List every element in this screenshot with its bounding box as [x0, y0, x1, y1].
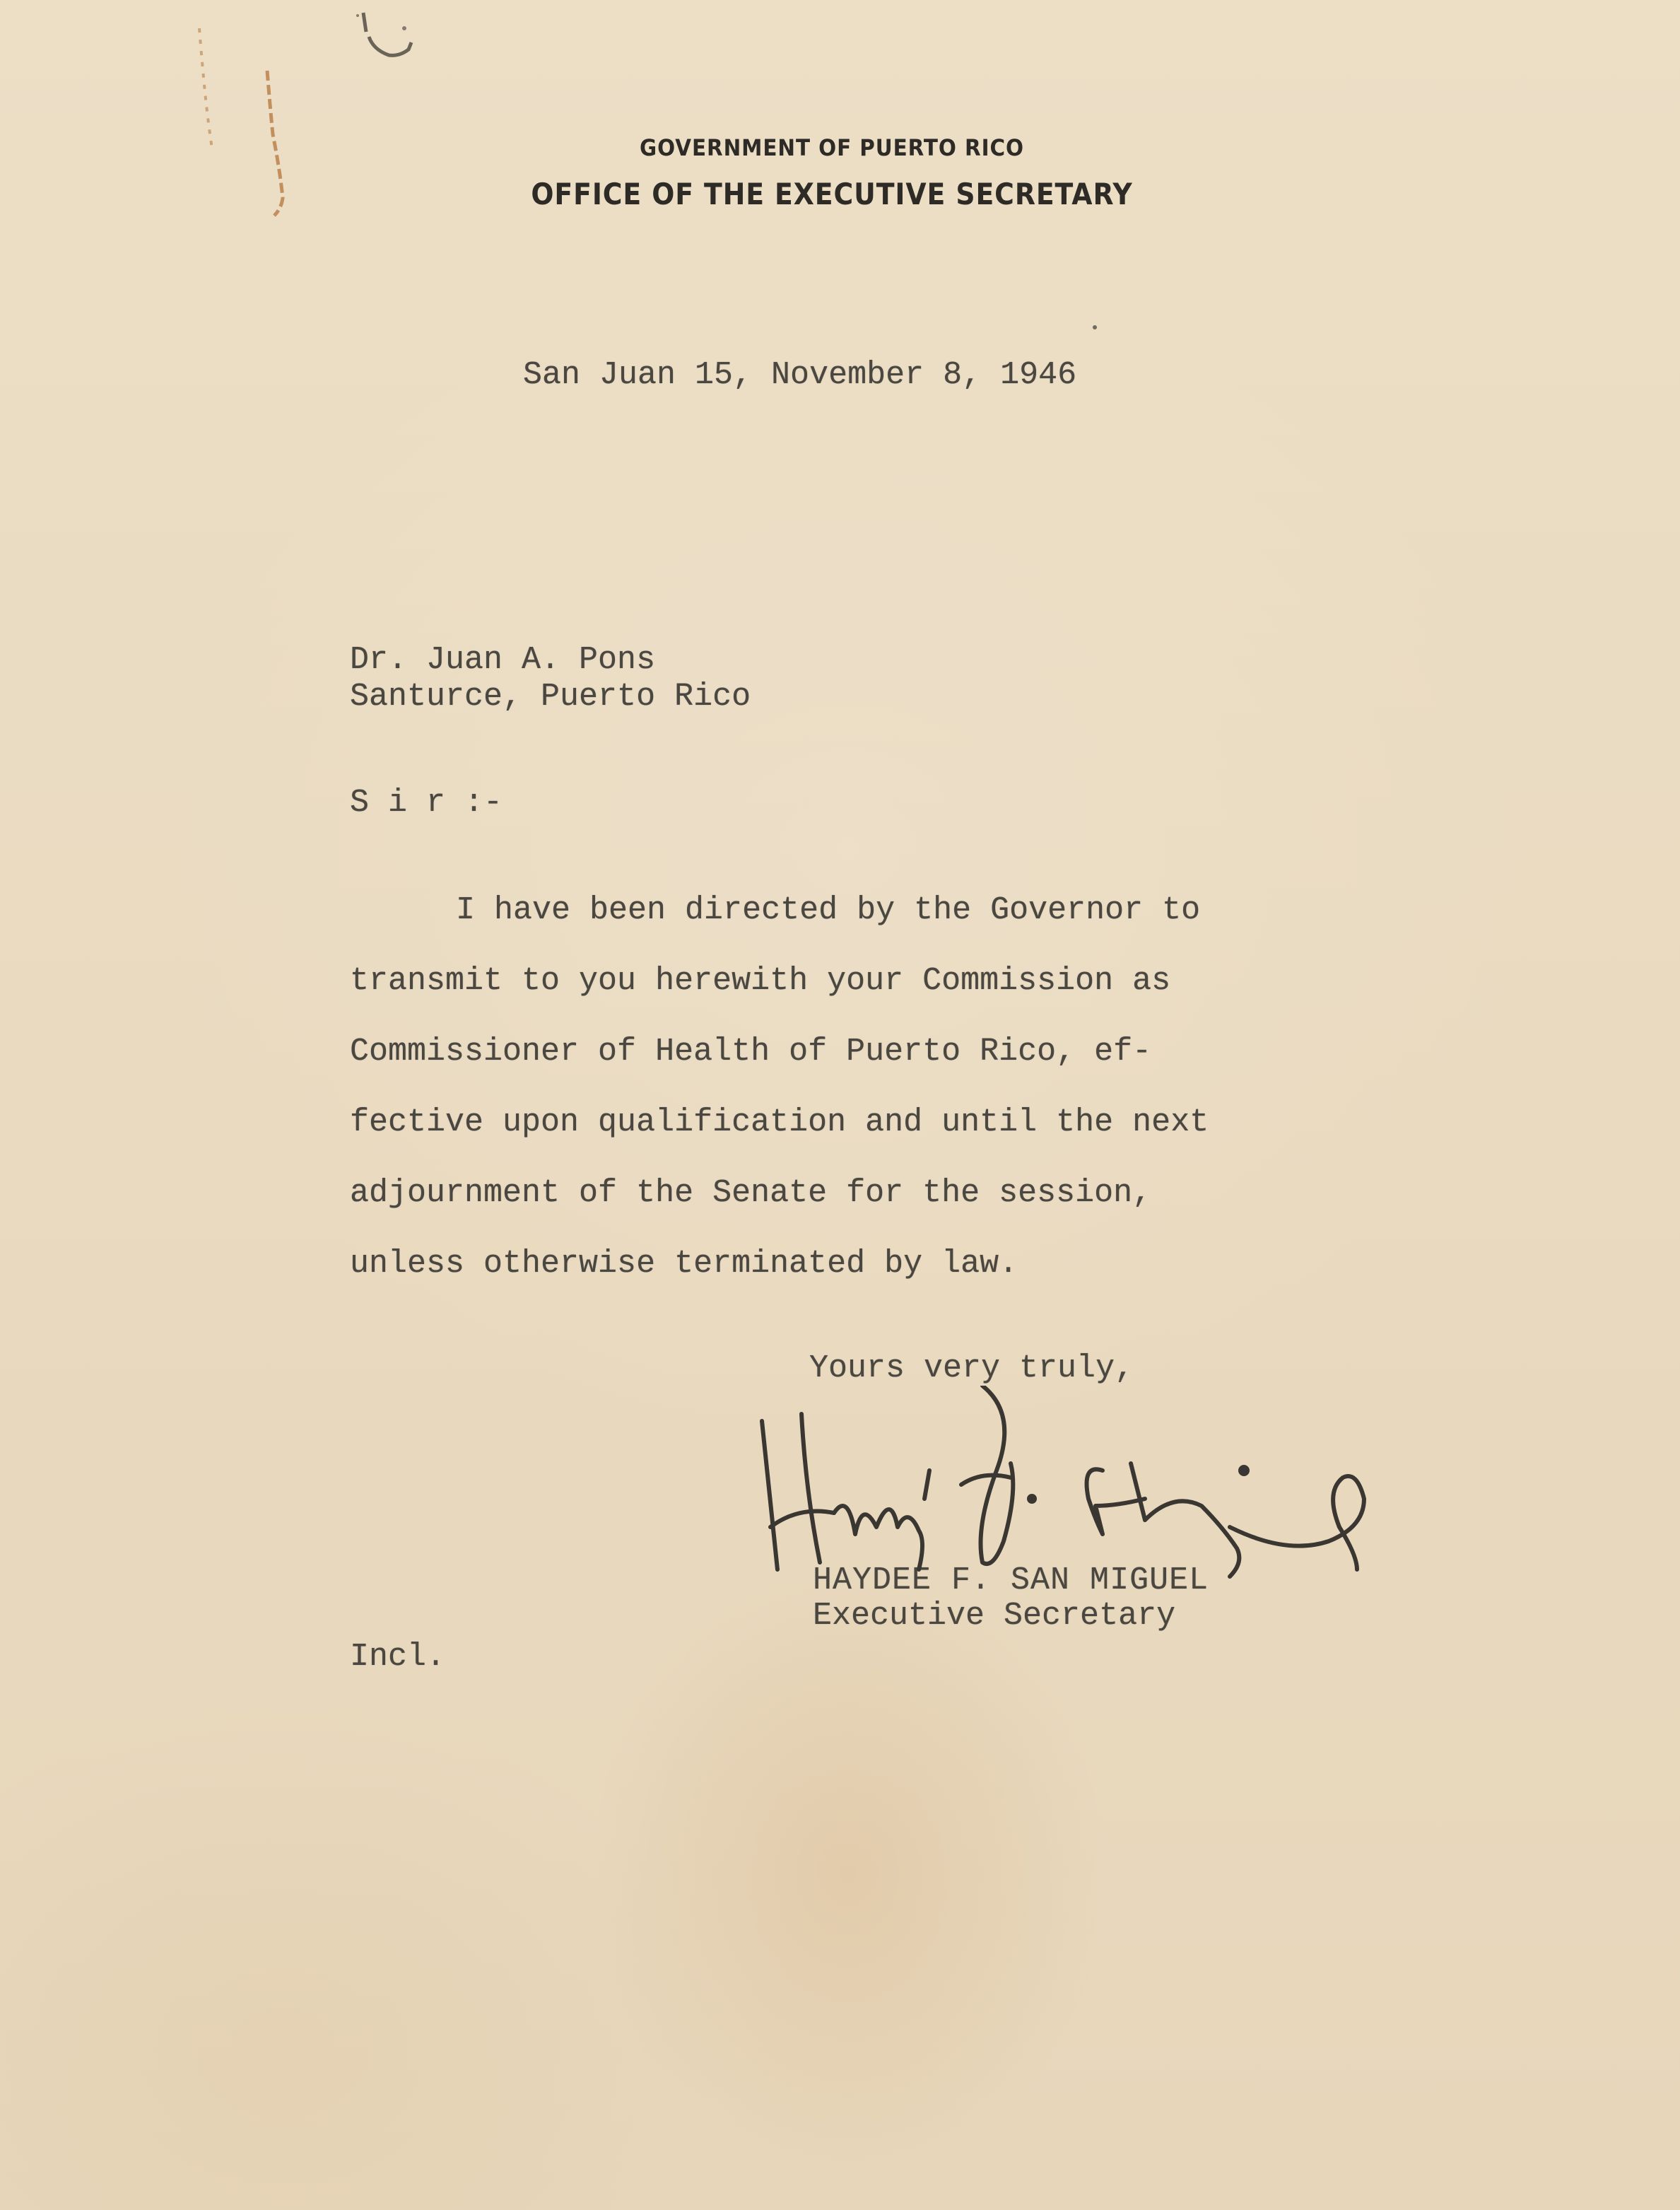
date-line: San Juan 15, November 8, 1946 — [523, 357, 1076, 393]
closing: Yours very truly, — [809, 1350, 1134, 1386]
body-line: Commissioner of Health of Puerto Rico, e… — [350, 1034, 1151, 1070]
letterhead-office: OFFICE OF THE EXECUTIVE SECRETARY — [83, 177, 1581, 211]
handwritten-signature — [749, 1386, 1399, 1598]
body-line: fective upon qualification and until the… — [350, 1104, 1209, 1140]
body-line: I have been directed by the Governor to — [456, 892, 1200, 928]
ink-dot — [1093, 325, 1097, 329]
salutation: S i r :- — [350, 785, 503, 821]
recipient-location: Santurce, Puerto Rico — [350, 679, 751, 715]
recipient-name: Dr. Juan A. Pons — [350, 642, 655, 678]
enclosure-note: Incl. — [350, 1639, 445, 1675]
body-line: unless otherwise terminated by law. — [350, 1246, 1018, 1282]
letter-page: GOVERNMENT OF PUERTO RICO OFFICE OF THE … — [0, 0, 1680, 2210]
letterhead-government: GOVERNMENT OF PUERTO RICO — [66, 134, 1597, 161]
body-line: transmit to you herewith your Commission… — [350, 963, 1170, 999]
signatory-title: Executive Secretary — [813, 1598, 1175, 1634]
body-line: adjournment of the Senate for the sessio… — [350, 1175, 1151, 1211]
